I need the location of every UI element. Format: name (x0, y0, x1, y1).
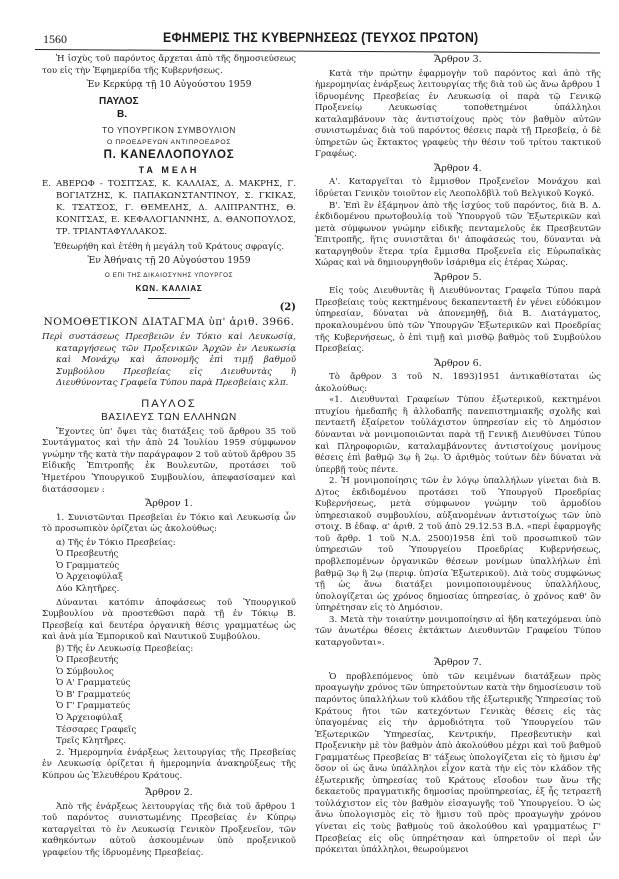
article-5-heading: Ἄρθρον 5. (315, 272, 601, 284)
article-7-text: Ὁ προβλεπόμενος ὑπὸ τῶν κειμένων διατάξε… (315, 672, 601, 857)
king-title: ΒΑΣΙΛΕΥΣ ΤΩΝ ΕΛΛΗΝΩΝ (42, 411, 296, 424)
minister-label: Ο ΕΠΙ ΤΗΣ ΔΙΚΑΙΟΣΥΝΗΣ ΥΠΟΥΡΓΟΣ (42, 270, 296, 282)
article-5-text: Εἰς τοὺς Διευθυντὰς ἢ Διευθύνοντας Γραφε… (315, 286, 601, 355)
nicosia-embassy-heading: β) Τῆς ἐν Λευκωσίᾳ Πρεσβείας: (42, 644, 296, 656)
article-7-heading: Ἄρθρον 7. (315, 657, 601, 669)
article-2-text: Ἀπὸ τῆς ἐνάρξεως λειτουργίας τῆς διὰ τοῦ… (42, 802, 296, 860)
article-4-para-a: Α'. Καταργεῖται τὸ ἔμμισθον Προξενεῖον Μ… (315, 177, 601, 200)
article-3-heading: Ἄρθρον 3. (315, 54, 601, 66)
nicosia-staff-item: Ὁ Σύμβουλος (42, 667, 296, 679)
decree-subject: Περὶ συστάσεως Πρεσβειῶν ἐν Τόκιο καὶ Λε… (42, 332, 296, 390)
separator-rule (148, 298, 190, 299)
king-signature: ΠΑΥΛΟΣ (99, 95, 296, 108)
article-6-para-3: 3. Μετὰ τὴν τοιαύτην μονιμοποίησιν αἱ ἤδ… (315, 615, 601, 650)
deputy-label: Ο ΠΡΟΕΔΡΕΥΩΝ ΑΝΤΙΠΡΟΕΔΡΟΣ (42, 137, 296, 149)
nicosia-staff-item: Τρεῖς Κλητῆρες. (42, 736, 296, 748)
article-4-heading: Ἄρθρον 4. (315, 163, 601, 175)
intro-paragraph: Ἡ ἰσχὺς τοῦ παρόντος ἄρχεται ἀπὸ τῆς δημ… (42, 54, 296, 77)
right-column: Ἄρθρον 3. Κατὰ τὴν πρώτην ἐφαρμογὴν τοῦ … (315, 54, 601, 857)
nicosia-staff-item: Ὁ Γ' Γραμματεύς (42, 701, 296, 713)
article-3-text: Κατὰ τὴν πρώτην ἐφαρμογὴν τοῦ παρόντος κ… (315, 69, 601, 161)
seal-note: Ἐθεωρήθη καὶ ἐτέθη ἡ μεγάλη τοῦ Κράτους … (42, 242, 296, 254)
article-1-para-1: 1. Συνιστῶνται Πρεσβεῖαι ἐν Τόκιο καὶ Λε… (42, 513, 296, 536)
article-6-heading: Ἄρθρον 6. (315, 358, 601, 370)
king-signature-suffix: Β. (117, 108, 296, 121)
article-6-para-1: «1. Διευθυνταὶ Γραφείων Τύπου ἐξωτερικοῦ… (315, 395, 601, 476)
tokyo-staff-item: Δύο Κλητῆρες. (42, 584, 296, 596)
tokyo-embassy-heading: α) Τῆς ἐν Τόκιο Πρεσβείας: (42, 538, 296, 550)
deputy-name: Π. ΚΑΝΕΛΛΟΠΟΥΛΟΣ (42, 150, 296, 162)
members-title: ΤΑ ΜΕΛΗ (42, 165, 296, 177)
decree-title: ΝΟΜΟΘΕΤΙΚΟΝ ΔΙΑΤΑΓΜΑ ὑπ' ἀριθ. 3966. (42, 317, 296, 329)
preamble: Ἔχοντες ὑπ' ὄψει τὰς διατάξεις τοῦ ἄρθρο… (42, 427, 296, 496)
nicosia-staff-item: Ὁ Ἀρχειοφύλαξ (42, 713, 296, 725)
nicosia-staff-item: Ὁ Β' Γραμματεύς (42, 690, 296, 702)
nicosia-staff-item: Ὁ Πρεσβευτής (42, 655, 296, 667)
article-1-heading: Ἄρθρον 1. (42, 498, 296, 510)
page-header: 1560 ΕΦΗΜΕΡΙΣ ΤΗΣ ΚΥΒΕΡΝΗΣΕΩΣ (ΤΕΥΧΟΣ ΠΡ… (35, 30, 595, 50)
nicosia-staff-item: Τέσσαρες Γραφεῖς (42, 725, 296, 737)
members-list: Ε. ΑΒΕΡΩΦ - ΤΟΣΙΤΣΑΣ, Κ. ΚΑΛΛΙΑΣ, Δ. ΜΑΚ… (42, 178, 296, 238)
gazette-page: 1560 ΕΦΗΜΕΡΙΣ ΤΗΣ ΚΥΒΕΡΝΗΣΕΩΣ (ΤΕΥΧΟΣ ΠΡ… (0, 0, 619, 879)
article-6-para-2: 2. Ἡ μονιμοποίησις τῶν ἐν λόγῳ ὑπαλλήλων… (315, 476, 601, 615)
tokyo-staff-item: Ὁ Πρεσβευτής (42, 549, 296, 561)
article-4-para-b: Β'. Ἐπὶ ἓν ἑξάμηνον ἀπὸ τῆς ἰσχύος τοῦ π… (315, 201, 601, 270)
minister-name: ΚΩΝ. ΚΑΛΛΙΑΣ (42, 283, 296, 295)
left-column: Ἡ ἰσχὺς τοῦ παρόντος ἄρχεται ἀπὸ τῆς δημ… (42, 54, 296, 860)
gazette-title: ΕΦΗΜΕΡΙΣ ΤΗΣ ΚΥΒΕΡΝΗΣΕΩΣ (ΤΕΥΧΟΣ ΠΡΩΤΟΝ) (163, 30, 478, 45)
article-6-intro: Τὸ ἄρθρον 3 τοῦ Ν. 1893)1951 ἀντικαθίστα… (315, 372, 601, 395)
article-1-para-2: 2. Ἡμερομηνία ἐνάρξεως λειτουργίας τῆς Π… (42, 748, 296, 783)
council-label: ΤΟ ΥΠΟΥΡΓΙΚΟΝ ΣΥΜΒΟΥΛΙΟΝ (42, 125, 296, 137)
tokyo-staff-item: Ὁ Γραμματεύς (42, 561, 296, 573)
page-number: 1560 (43, 32, 67, 47)
issue-number: (2) (42, 302, 296, 314)
article-2-heading: Ἄρθρον 2. (42, 787, 296, 799)
place-date-athens: Ἐν Ἀθήναις τῇ 20 Αὐγούστου 1959 (42, 255, 296, 267)
place-date-corfu: Ἐν Κερκύρᾳ τῇ 10 Αὐγούστου 1959 (42, 79, 296, 91)
nicosia-staff-item: Ὁ Α' Γραμματεύς (42, 678, 296, 690)
king-heading: ΠΑΥΛΟΣ (42, 398, 296, 411)
tokyo-note: Δύνανται κατόπιν ἀποφάσεως τοῦ Ὑπουργικο… (42, 598, 296, 644)
tokyo-staff-item: Ὁ Ἀρχειοφύλαξ (42, 572, 296, 584)
